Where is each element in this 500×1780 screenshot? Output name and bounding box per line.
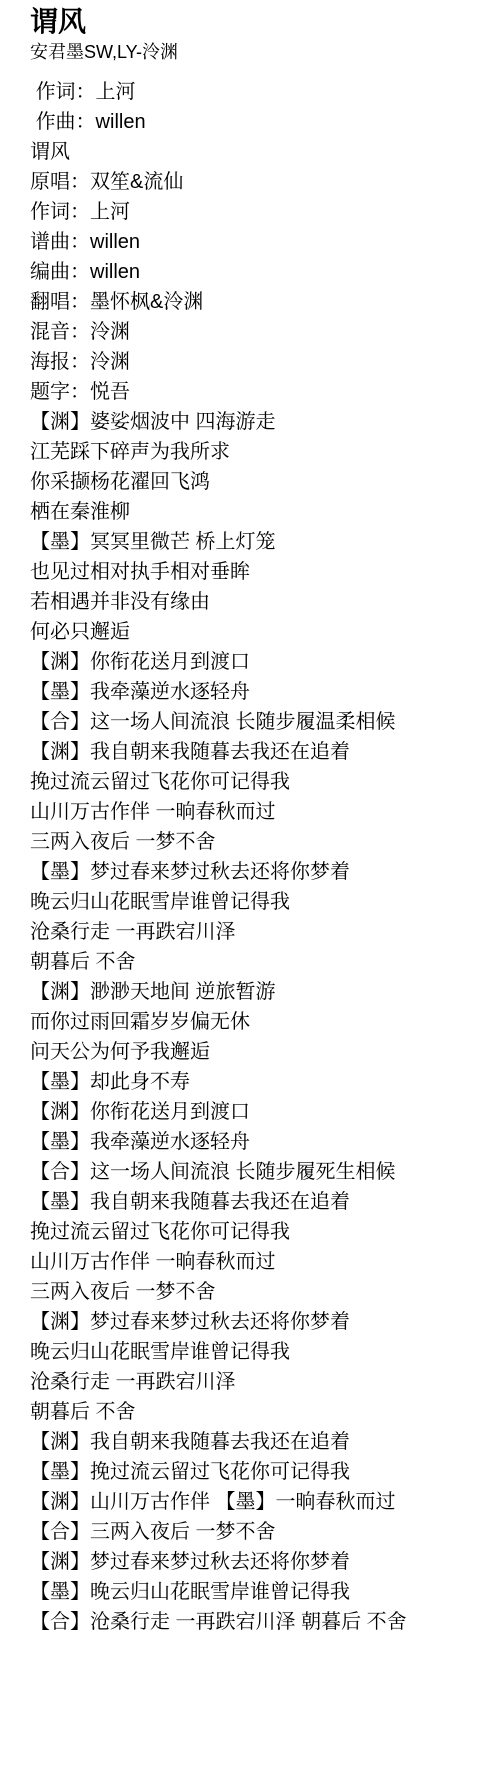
lyric-line: 【渊】梦过春来梦过秋去还将你梦着 (30, 1307, 486, 1337)
lyric-line: 三两入夜后 一梦不舍 (30, 827, 486, 857)
lyrics-page: 谓风 安君墨SW,LY-泠渊 作词：上河 作曲：willen谓风原唱：双笙&流仙… (0, 0, 500, 1637)
lyric-line: 【渊】山川万古作伴 【墨】一晌春秋而过 (30, 1487, 486, 1517)
lyric-line: 混音：泠渊 (30, 317, 486, 347)
lyric-line: 【墨】却此身不寿 (30, 1067, 486, 1097)
lyric-line: 【合】三两入夜后 一梦不舍 (30, 1517, 486, 1547)
lyric-line: 编曲：willen (30, 257, 486, 287)
lyric-line: 【墨】我牵藻逆水逐轻舟 (30, 1127, 486, 1157)
lyric-line: 【墨】挽过流云留过飞花你可记得我 (30, 1457, 486, 1487)
lyric-line: 【墨】我自朝来我随暮去我还在追着 (30, 1187, 486, 1217)
lyric-line: 何必只邂逅 (30, 617, 486, 647)
lyric-line: 【渊】你衔花送月到渡口 (30, 647, 486, 677)
lyric-line: 【渊】我自朝来我随暮去我还在追着 (30, 737, 486, 767)
song-artist: 安君墨SW,LY-泠渊 (30, 40, 486, 64)
lyric-line: 翻唱：墨怀枫&泠渊 (30, 287, 486, 317)
lyric-line: 山川万古作伴 一晌春秋而过 (30, 1247, 486, 1277)
lyric-line: 江芜踩下碎声为我所求 (30, 437, 486, 467)
lyric-line: 你采撷杨花濯回飞鸿 (30, 467, 486, 497)
lyric-line: 三两入夜后 一梦不舍 (30, 1277, 486, 1307)
lyric-line: 问天公为何予我邂逅 (30, 1037, 486, 1067)
lyric-line: 【渊】渺渺天地间 逆旅暂游 (30, 977, 486, 1007)
lyric-line: 作词：上河 (30, 197, 486, 227)
lyric-line: 栖在秦淮柳 (30, 497, 486, 527)
lyric-line: 挽过流云留过飞花你可记得我 (30, 767, 486, 797)
lyric-line: 晚云归山花眠雪岸谁曾记得我 (30, 1337, 486, 1367)
lyric-line: 海报：泠渊 (30, 347, 486, 377)
lyrics-container: 作词：上河 作曲：willen谓风原唱：双笙&流仙作词：上河谱曲：willen编… (30, 77, 486, 1637)
lyric-line: 朝暮后 不舍 (30, 947, 486, 977)
lyric-line: 谱曲：willen (30, 227, 486, 257)
lyric-line: 【墨】晚云归山花眠雪岸谁曾记得我 (30, 1577, 486, 1607)
lyric-line: 山川万古作伴 一晌春秋而过 (30, 797, 486, 827)
lyric-line: 【渊】婆娑烟波中 四海游走 (30, 407, 486, 437)
lyric-line: 朝暮后 不舍 (30, 1397, 486, 1427)
lyric-line: 挽过流云留过飞花你可记得我 (30, 1217, 486, 1247)
lyric-line: 【合】这一场人间流浪 长随步履温柔相候 (30, 707, 486, 737)
song-title: 谓风 (30, 0, 486, 40)
lyric-line: 【渊】我自朝来我随暮去我还在追着 (30, 1427, 486, 1457)
lyric-line: 谓风 (30, 137, 486, 167)
lyric-line: 【渊】你衔花送月到渡口 (30, 1097, 486, 1127)
lyric-line: 【墨】梦过春来梦过秋去还将你梦着 (30, 857, 486, 887)
lyric-line: 沧桑行走 一再跌宕川泽 (30, 1367, 486, 1397)
lyric-line: 【合】沧桑行走 一再跌宕川泽 朝暮后 不舍 (30, 1607, 486, 1637)
lyric-line: 原唱：双笙&流仙 (30, 167, 486, 197)
lyric-line: 【墨】冥冥里微芒 桥上灯笼 (30, 527, 486, 557)
lyric-line: 若相遇并非没有缘由 (30, 587, 486, 617)
lyric-line: 作曲：willen (30, 107, 486, 137)
lyric-line: 【渊】梦过春来梦过秋去还将你梦着 (30, 1547, 486, 1577)
lyric-line: 也见过相对执手相对垂眸 (30, 557, 486, 587)
lyric-line: 晚云归山花眠雪岸谁曾记得我 (30, 887, 486, 917)
lyric-line: 作词：上河 (30, 77, 486, 107)
lyric-line: 而你过雨回霜岁岁偏无休 (30, 1007, 486, 1037)
lyric-line: 【墨】我牵藻逆水逐轻舟 (30, 677, 486, 707)
lyric-line: 【合】这一场人间流浪 长随步履死生相候 (30, 1157, 486, 1187)
lyric-line: 沧桑行走 一再跌宕川泽 (30, 917, 486, 947)
lyric-line: 题字：悦吾 (30, 377, 486, 407)
